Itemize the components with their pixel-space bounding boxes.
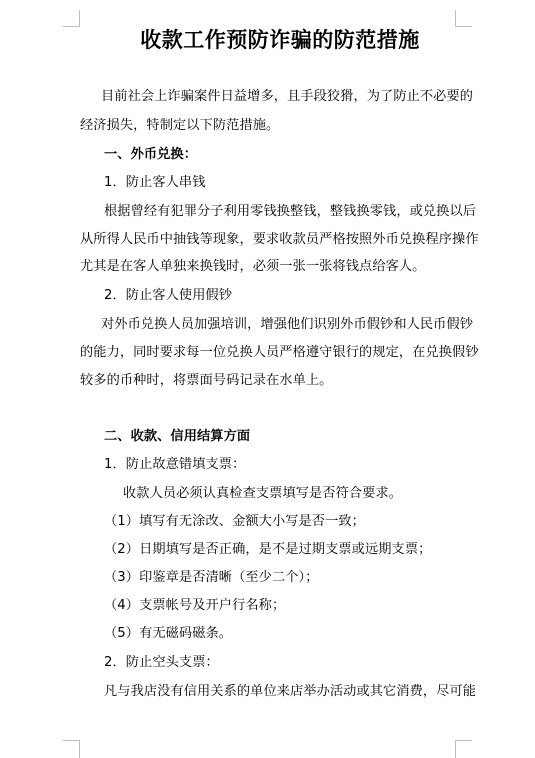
page-corner-top-left: [63, 10, 80, 27]
item-label-2-1: 1．防止故意错填支票：: [104, 456, 484, 474]
item-label-2-2: 2．防止空头支票：: [104, 654, 484, 672]
check-item-2: （2）日期填写是否正确，是不是过期支票或远期支票；: [104, 541, 484, 559]
document-title: 收款工作预防诈骗的防范措施: [0, 27, 535, 53]
page-corner-bottom-left: [63, 740, 80, 758]
paragraph-2-2-line-1: 凡与我店没有信用关系的单位来店举办活动或其它消费，尽可能: [104, 683, 484, 701]
section-heading-1: 一、外币兑换：: [104, 146, 484, 164]
intro-line-1: 目前社会上诈骗案件日益增多，且手段狡猾，为了防止不必要的: [101, 88, 481, 106]
paragraph-1-2-line-1: 对外币兑换人员加强培训，增强他们识别外币假钞和人民币假钞: [101, 316, 481, 334]
paragraph-1-2-line-2: 的能力，同时要求每一位兑换人员严格遵守银行的规定，在兑换假钞: [80, 344, 460, 362]
page-corner-bottom-right: [455, 740, 472, 758]
page-corner-top-right: [455, 10, 472, 27]
paragraph-2-1-line-1: 收款人员必须认真检查支票填写是否符合要求。: [123, 485, 503, 503]
section-heading-2: 二、收款、信用结算方面: [104, 428, 484, 446]
check-item-1: （1）填写有无涂改、金额大小写是否一致；: [104, 513, 484, 531]
paragraph-1-1-line-2: 从所得人民币中抽钱等现象，要求收款员严格按照外币兑换程序操作: [80, 231, 460, 249]
intro-line-2: 经济损失，特制定以下防范措施。: [80, 117, 460, 135]
item-label-1-2: 2．防止客人使用假钞: [104, 287, 484, 305]
paragraph-1-1-line-3: 尤其是在客人单独来换钱时，必须一张一张将钱点给客人。: [80, 258, 460, 276]
item-label-1-1: 1．防止客人串钱: [104, 174, 484, 192]
paragraph-1-1-line-1: 根据曾经有犯罪分子利用零钱换整钱，整钱换零钱，或兑换以后: [104, 203, 484, 221]
check-item-3: （3）印鉴章是否清晰（至少二个）；: [104, 569, 484, 587]
paragraph-1-2-line-3: 较多的币种时，将票面号码记录在水单上。: [80, 372, 460, 390]
check-item-5: （5）有无磁码磁条。: [104, 625, 484, 643]
check-item-4: （4）支票帐号及开户行名称；: [104, 597, 484, 615]
